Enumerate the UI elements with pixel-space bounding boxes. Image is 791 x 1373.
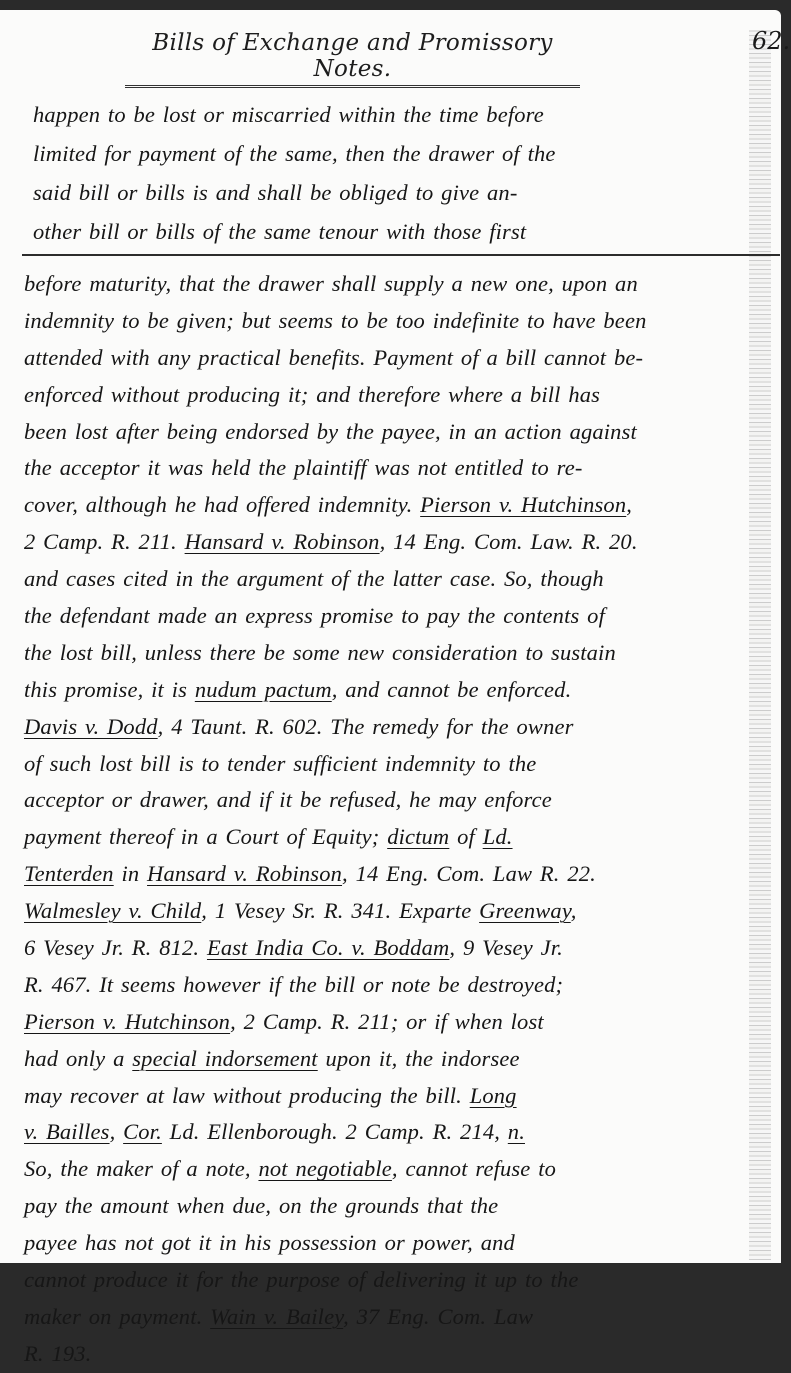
text-run: Ld. Ellenborough. 2 Camp. R. 214,: [162, 1119, 508, 1144]
case-citation: v. Bailles: [24, 1119, 110, 1144]
section-divider: [22, 254, 780, 256]
text-run: in: [114, 861, 147, 886]
text-line: enforced without producing it; and there…: [24, 377, 769, 414]
text-run: before maturity, that the drawer shall s…: [24, 271, 638, 296]
text-line: Tenterden in Hansard v. Robinson, 14 Eng…: [24, 856, 769, 893]
text-run: this promise, it is: [24, 677, 195, 702]
case-citation: Greenway: [479, 898, 571, 923]
text-run: the lost bill, unless there be some new …: [24, 640, 616, 665]
text-line: 2 Camp. R. 211. Hansard v. Robinson, 14 …: [24, 524, 769, 561]
text-run: ,: [110, 1119, 124, 1144]
text-line: pay the amount when due, on the grounds …: [24, 1188, 769, 1225]
case-citation: Davis v. Dodd: [24, 714, 158, 739]
main-paragraph: before maturity, that the drawer shall s…: [24, 266, 769, 1269]
case-citation: Hansard v. Robinson: [185, 529, 380, 554]
text-run: 6 Vesey Jr. R. 812.: [24, 935, 207, 960]
text-run: , 14 Eng. Com. Law R. 22.: [342, 861, 596, 886]
text-line: cover, although he had offered indemnity…: [24, 487, 769, 524]
text-line: indemnity to be given; but seems to be t…: [24, 303, 769, 340]
text-line: Davis v. Dodd, 4 Taunt. R. 602. The reme…: [24, 709, 769, 746]
case-citation: dictum: [387, 824, 449, 849]
text-line: the acceptor it was held the plaintiff w…: [24, 450, 769, 487]
case-citation: Walmesley v. Child: [24, 898, 201, 923]
text-run: , and cannot be enforced.: [332, 677, 572, 702]
text-line: other bill or bills of the same tenour w…: [33, 212, 613, 251]
text-line: limited for payment of the same, then th…: [33, 134, 613, 173]
text-line: v. Bailles, Cor. Ld. Ellenborough. 2 Cam…: [24, 1114, 769, 1151]
case-citation: nudum pactum: [195, 677, 332, 702]
case-citation: Tenterden: [24, 861, 114, 886]
text-run: attended with any practical benefits. Pa…: [24, 345, 643, 370]
text-line: Pierson v. Hutchinson, 2 Camp. R. 211; o…: [24, 1004, 769, 1041]
text-run: So, the maker of a note,: [24, 1156, 258, 1181]
text-line: before maturity, that the drawer shall s…: [24, 266, 769, 303]
text-line: said bill or bills is and shall be oblig…: [33, 173, 613, 212]
text-line: of such lost bill is to tender sufficien…: [24, 746, 769, 783]
text-run: the defendant made an express promise to…: [24, 603, 605, 628]
text-line: 6 Vesey Jr. R. 812. East India Co. v. Bo…: [24, 930, 769, 967]
page-title: Bills of Exchange and Promissory Notes.: [125, 30, 580, 88]
text-run: payee has not got it in his possession o…: [24, 1230, 515, 1255]
text-line: attended with any practical benefits. Pa…: [24, 340, 769, 377]
case-citation: Cor.: [123, 1119, 162, 1144]
text-run: may recover at law without producing the…: [24, 1083, 470, 1108]
text-run: happen to be lost or miscarried within t…: [33, 102, 544, 127]
text-run: , 14 Eng. Com. Law. R. 20.: [380, 529, 638, 554]
text-line: the defendant made an express promise to…: [24, 598, 769, 635]
text-line: and cases cited in the argument of the l…: [24, 561, 769, 598]
case-citation: East India Co. v. Boddam: [207, 935, 449, 960]
text-run: limited for payment of the same, then th…: [33, 141, 556, 166]
case-citation: special indorsement: [132, 1046, 317, 1071]
text-line: acceptor or drawer, and if it be refused…: [24, 782, 769, 819]
text-run: pay the amount when due, on the grounds …: [24, 1193, 498, 1218]
text-run: , 1 Vesey Sr. R. 341. Exparte: [201, 898, 479, 923]
text-line: had only a special indorsement upon it, …: [24, 1041, 769, 1078]
text-line: this promise, it is nudum pactum, and ca…: [24, 672, 769, 709]
text-run: of such lost bill is to tender sufficien…: [24, 751, 536, 776]
text-run: acceptor or drawer, and if it be refused…: [24, 787, 552, 812]
text-run: , 9 Vesey Jr.: [449, 935, 563, 960]
text-run: R. 467. It seems however if the bill or …: [24, 972, 563, 997]
text-run: upon it, the indorsee: [318, 1046, 520, 1071]
text-run: had only a: [24, 1046, 132, 1071]
text-run: of: [449, 824, 482, 849]
top-paragraph: happen to be lost or miscarried within t…: [33, 95, 613, 251]
case-citation: Hansard v. Robinson: [147, 861, 342, 886]
text-run: , 4 Taunt. R. 602. The remedy for the ow…: [158, 714, 574, 739]
text-run: cover, although he had offered indemnity…: [24, 492, 420, 517]
text-run: , 2 Camp. R. 211; or if when lost: [230, 1009, 544, 1034]
page-bottom-edge: [0, 1263, 791, 1269]
text-run: ,: [571, 898, 577, 923]
text-run: 2 Camp. R. 211.: [24, 529, 185, 554]
text-run: ,: [626, 492, 632, 517]
text-run: and cases cited in the argument of the l…: [24, 566, 604, 591]
manuscript-page: Bills of Exchange and Promissory Notes. …: [0, 10, 781, 1263]
text-run: other bill or bills of the same tenour w…: [33, 219, 526, 244]
text-line: happen to be lost or miscarried within t…: [33, 95, 613, 134]
text-line: payment thereof in a Court of Equity; di…: [24, 819, 769, 856]
text-run: indemnity to be given; but seems to be t…: [24, 308, 646, 333]
text-run: the acceptor it was held the plaintiff w…: [24, 455, 583, 480]
text-run: , cannot refuse to: [392, 1156, 556, 1181]
text-line: may recover at law without producing the…: [24, 1078, 769, 1115]
page-number: 62.: [752, 27, 790, 55]
case-citation: Ld.: [483, 824, 513, 849]
text-line: the lost bill, unless there be some new …: [24, 635, 769, 672]
case-citation: not negotiable: [258, 1156, 391, 1181]
text-run: payment thereof in a Court of Equity;: [24, 824, 387, 849]
text-run: been lost after being endorsed by the pa…: [24, 419, 637, 444]
text-line: Walmesley v. Child, 1 Vesey Sr. R. 341. …: [24, 893, 769, 930]
text-run: said bill or bills is and shall be oblig…: [33, 180, 517, 205]
text-line: payee has not got it in his possession o…: [24, 1225, 769, 1262]
case-citation: Long: [470, 1083, 517, 1108]
case-citation: Pierson v. Hutchinson: [24, 1009, 230, 1034]
case-citation: Pierson v. Hutchinson: [420, 492, 626, 517]
text-line: been lost after being endorsed by the pa…: [24, 414, 769, 451]
text-line: So, the maker of a note, not negotiable,…: [24, 1151, 769, 1188]
text-line: R. 467. It seems however if the bill or …: [24, 967, 769, 1004]
text-run: enforced without producing it; and there…: [24, 382, 600, 407]
case-citation: n.: [508, 1119, 525, 1144]
